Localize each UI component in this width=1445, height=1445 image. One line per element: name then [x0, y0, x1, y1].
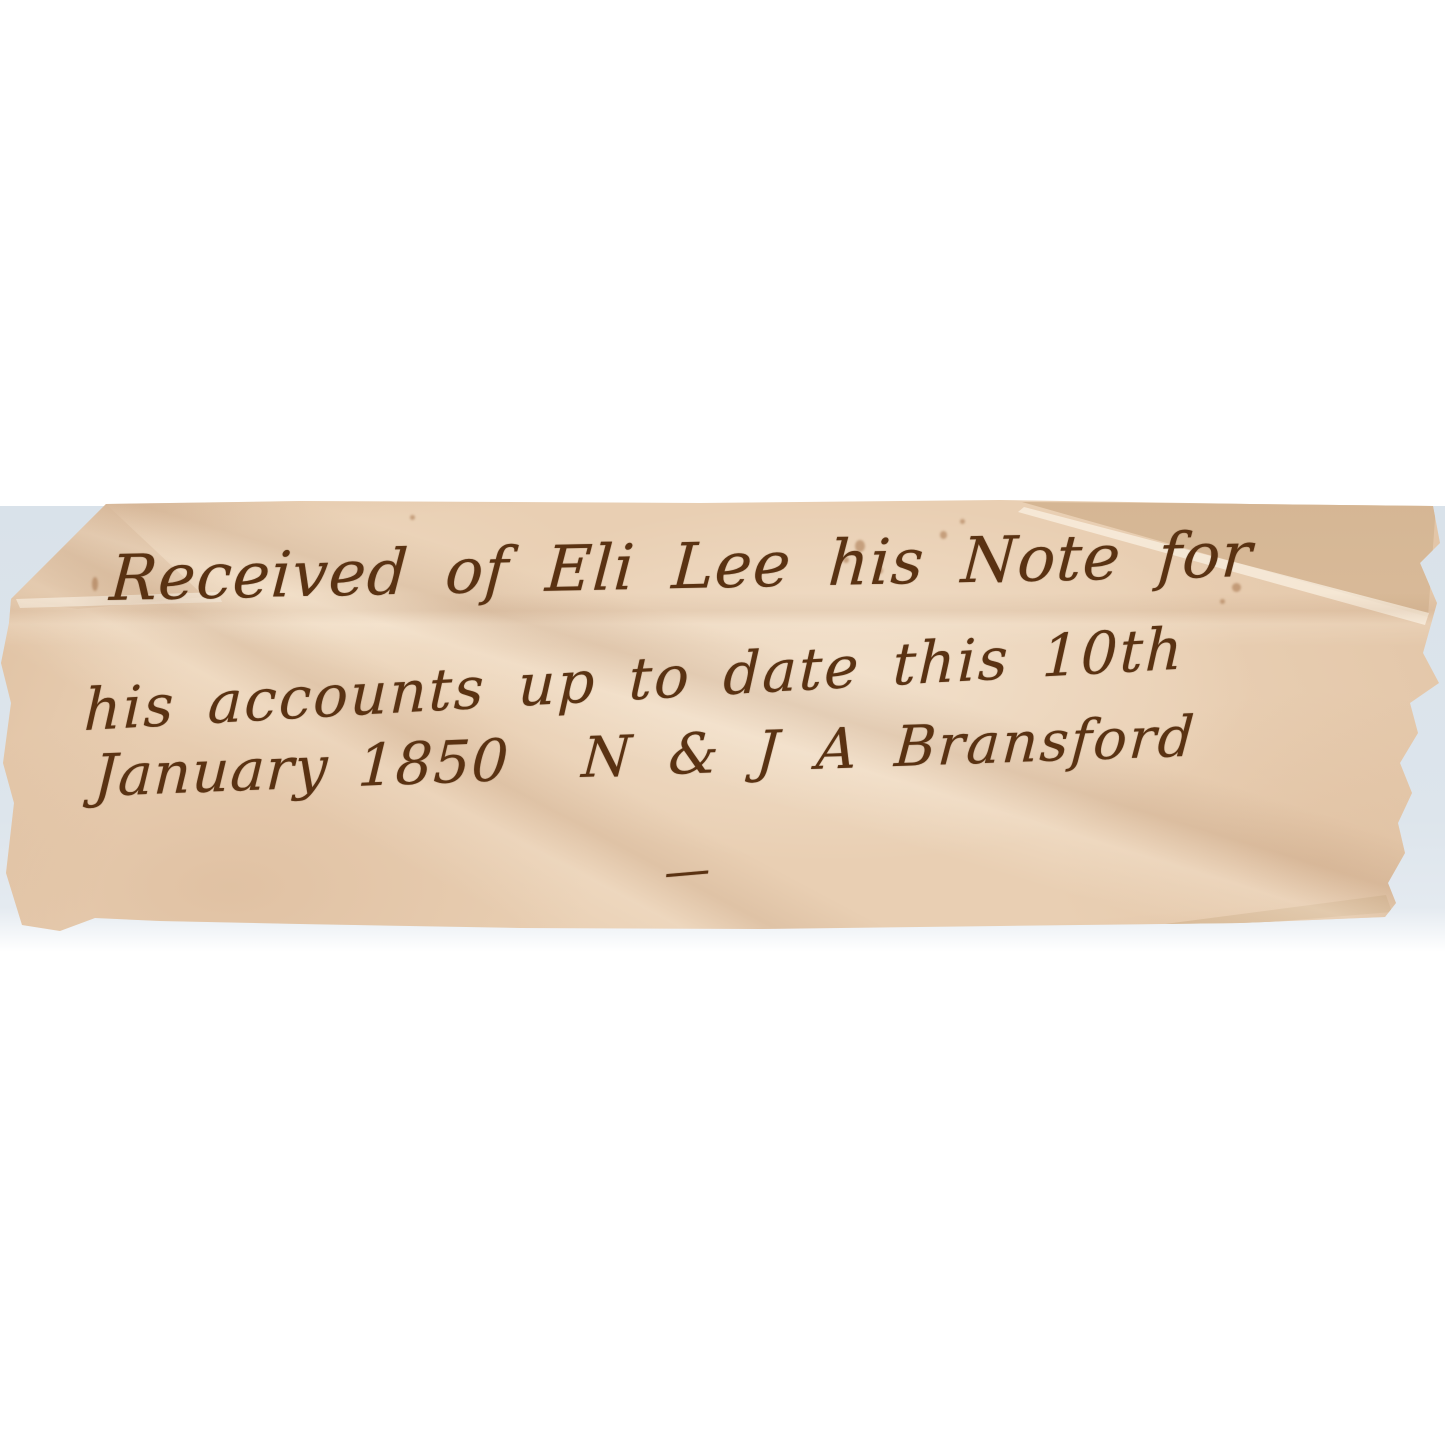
photo-stage: Received of Eli Lee his Note for his acc…	[0, 0, 1445, 1445]
ink-stain	[92, 577, 98, 591]
ink-dash-mark: —	[662, 841, 713, 899]
ink-stain	[1220, 599, 1225, 604]
ink-stain	[410, 515, 415, 520]
